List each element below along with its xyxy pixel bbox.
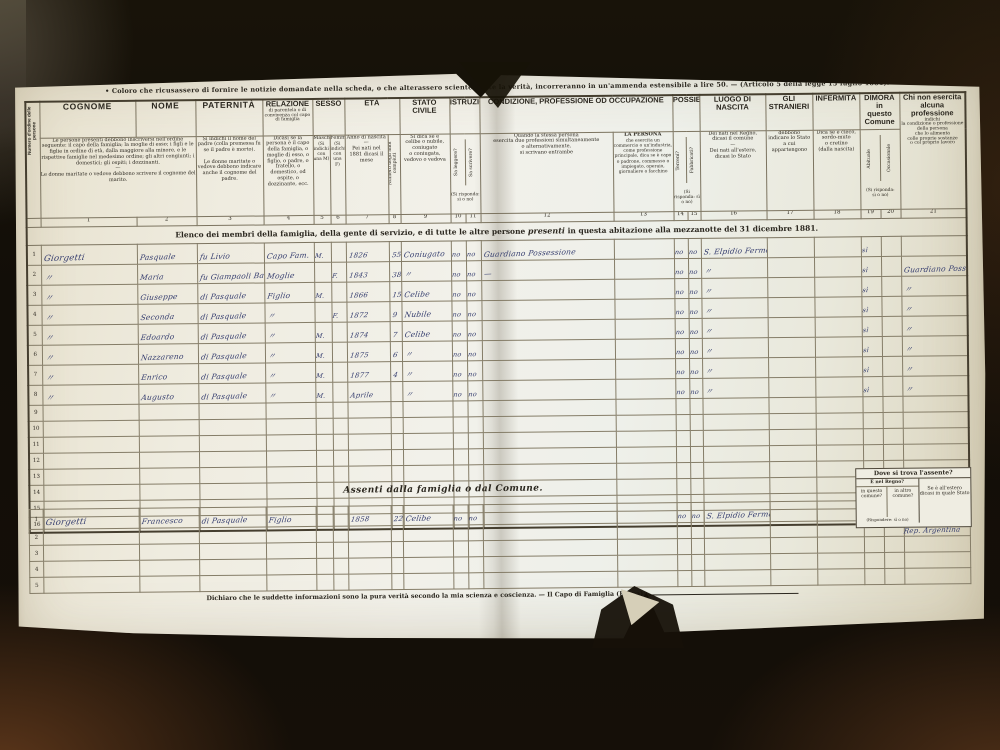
person-cell-pers <box>616 415 676 432</box>
person-cell-dima <box>863 428 883 444</box>
person-cell-relazione: 〃 <box>264 302 314 323</box>
absent-cell-nome <box>140 544 200 561</box>
person-cell-leg <box>453 465 468 481</box>
person-cell-luogo <box>703 446 769 463</box>
absent-cell-anni <box>392 542 404 558</box>
person-cell-dima: sì <box>861 276 881 296</box>
person-cell-nome <box>139 436 199 453</box>
absent-cell-posf <box>691 554 704 570</box>
person-cell-paternita: fu Livio <box>197 243 264 264</box>
person-cell-pers <box>616 431 676 448</box>
person-cell-chi: 〃 <box>901 276 967 297</box>
person-cell-post <box>676 430 690 446</box>
person-cell-inf <box>814 257 861 277</box>
person-cell-chi <box>903 444 969 461</box>
person-cell-dimo <box>882 356 902 376</box>
absent-cell-scr <box>469 525 484 541</box>
person-cell-m: M. <box>315 362 332 382</box>
person-cell-chi: 〃 <box>902 376 968 397</box>
col-possiede-header: POSSIEDE <box>672 95 699 131</box>
person-cell-dima: sì <box>861 256 881 276</box>
person-cell-post: no <box>675 358 689 378</box>
person-cell-f <box>332 382 347 402</box>
person-cell-anno: 1874 <box>347 322 390 342</box>
person-cell-chi: 〃 <box>902 356 968 377</box>
absent-cell-dima <box>864 552 884 568</box>
person-cell-luogo: 〃 <box>702 338 768 359</box>
note-istruzione: Sa leggere?Sa scrivere? (Si risponda: sì… <box>450 133 481 214</box>
person-cell-inf <box>815 377 862 397</box>
absent-cell-cognome <box>43 544 139 561</box>
person-cell-posf: no <box>688 238 701 258</box>
absent-cell-leg <box>454 557 469 573</box>
person-cell-f <box>331 242 346 262</box>
col-eta-header: ETÀ <box>344 98 399 135</box>
person-cell-inf <box>816 413 863 429</box>
person-cell-stran <box>767 257 814 277</box>
person-cell-paternita: fu Giampaoli Batta <box>197 263 264 284</box>
person-cell-scr: no <box>467 341 482 361</box>
person-cell-chi: 〃 <box>902 336 968 357</box>
person-cell-paternita: di Pasquale <box>197 303 264 324</box>
col-order-header: Numero d'ordine delle persone <box>25 102 40 219</box>
absent-cell-dimo <box>884 552 904 568</box>
absent-cell-chi <box>904 552 970 569</box>
absent-cell-cond <box>484 523 617 540</box>
person-cell-pers <box>614 299 674 320</box>
person-cell-dimo <box>881 296 901 316</box>
person-cell-anno <box>348 466 391 482</box>
absent-cell-leg: no <box>453 505 468 525</box>
absent-cell-cognome <box>44 576 140 593</box>
absent-cell-paternita <box>200 543 267 560</box>
absent-cell-anno <box>349 542 392 558</box>
person-cell-stato: 〃 <box>402 341 452 362</box>
absent-cell-post <box>677 555 691 571</box>
col-infermita-header: INFERMITÀ <box>812 93 859 129</box>
person-cell-stran <box>767 277 814 297</box>
person-cell-num: 1 <box>27 245 41 265</box>
person-cell-stran <box>767 297 814 317</box>
person-cell-post <box>675 398 689 414</box>
this-commune-label: in questo comune? <box>856 487 887 517</box>
person-cell-anno: 1872 <box>346 302 389 322</box>
person-cell-inf <box>814 237 861 257</box>
person-cell-anni: 7 <box>390 321 402 341</box>
person-cell-cond <box>482 359 615 380</box>
person-cell-stato <box>403 449 453 466</box>
person-cell-dimo <box>881 256 901 276</box>
absent-cell-dima <box>864 536 884 552</box>
person-cell-leg: no <box>451 241 466 261</box>
col-stato-header: STATO CIVILE <box>399 98 449 135</box>
person-cell-anno <box>347 402 390 418</box>
absent-cell-cognome <box>43 528 139 545</box>
person-cell-f <box>332 322 347 342</box>
person-cell-anni: 15 <box>389 281 401 301</box>
absent-cell-stran <box>770 537 817 553</box>
person-cell-dimo <box>882 336 902 356</box>
absent-cell-post <box>677 523 691 539</box>
absent-cell-nome: Francesco <box>139 508 199 529</box>
person-cell-stran <box>768 317 815 337</box>
note-cognome-nome: Le persone presenti debbono inscriversi … <box>40 136 197 218</box>
person-cell-inf <box>816 429 863 445</box>
person-cell-cognome: Giorgetti <box>41 244 137 265</box>
absent-cell-pers <box>617 571 677 588</box>
person-cell-m <box>314 262 331 282</box>
person-cell-relazione <box>266 418 316 435</box>
answer-note: (Rispondere: sì o no) <box>857 517 919 524</box>
person-cell-num: 9 <box>28 405 42 421</box>
absent-cell-anni <box>392 526 404 542</box>
absent-cell-m <box>317 574 334 590</box>
person-cell-anni <box>391 417 403 433</box>
absent-cell-anni <box>392 574 404 590</box>
absent-cell-nome <box>140 576 200 593</box>
person-cell-f <box>332 402 347 418</box>
absent-cell-stran <box>770 569 817 585</box>
person-cell-posf <box>689 398 702 414</box>
note-paternita: Si indichi il nome del padre (colla prem… <box>196 135 264 216</box>
person-cell-num: 12 <box>29 453 43 469</box>
person-cell-paternita <box>198 403 265 420</box>
person-cell-scr: no <box>466 281 481 301</box>
note-possiede: Terreni?Fabbricati? (Si risponda: sì o n… <box>673 131 701 212</box>
person-cell-luogo: 〃 <box>702 318 768 339</box>
absent-cell-nome <box>140 560 200 577</box>
col-cognome-header: COGNOME <box>39 101 135 138</box>
person-cell-nome <box>139 452 199 469</box>
absent-cell-pers <box>617 539 677 556</box>
person-cell-posf: no <box>688 258 701 278</box>
absent-cell-posf <box>691 522 704 538</box>
absent-cell-f <box>333 506 348 526</box>
person-cell-dima: sì <box>862 356 882 376</box>
person-cell-luogo: 〃 <box>701 278 767 299</box>
person-cell-f <box>332 362 347 382</box>
absent-cell-m <box>317 542 334 558</box>
person-cell-f: F. <box>331 262 346 282</box>
absent-cell-relazione <box>267 542 317 559</box>
absent-cell-m <box>316 506 333 526</box>
person-cell-inf <box>814 277 861 297</box>
person-cell-chi <box>903 412 969 429</box>
person-cell-chi: 〃 <box>901 296 967 317</box>
person-cell-cognome <box>43 420 139 437</box>
abroad-state-label: Se è all'estero dicasi in quale Stato <box>919 478 971 523</box>
person-cell-stran <box>769 413 816 429</box>
person-cell-relazione: 〃 <box>265 382 315 403</box>
note-eta-anno: Anno di nascita — Pei nati nel 1881 dica… <box>345 134 389 215</box>
person-cell-f <box>333 434 348 450</box>
person-cell-num: 5 <box>28 325 42 345</box>
person-cell-cognome: 〃 <box>42 364 138 385</box>
person-cell-post <box>676 446 690 462</box>
person-cell-posf <box>690 462 703 478</box>
person-cell-paternita: di Pasquale <box>198 383 265 404</box>
person-cell-paternita <box>199 419 266 436</box>
absent-cell-m <box>317 558 334 574</box>
signature-line <box>648 588 798 596</box>
person-cell-nome: Maria <box>137 264 197 285</box>
person-cell-luogo <box>703 414 769 431</box>
absent-cell-scr <box>469 573 484 589</box>
col-dimora-header: DIMORA in questo Comune <box>859 93 899 129</box>
person-cell-anno <box>348 434 391 450</box>
col-condizione-header: CONDIZIONE, PROFESSIONE OD OCCUPAZIONE <box>479 95 672 133</box>
person-cell-cond <box>483 431 616 448</box>
absent-cell-dima <box>865 568 885 584</box>
absent-whereabouts-box: Dove si trova l'assente? È nel Regno? in… <box>855 467 972 528</box>
person-cell-posf: no <box>689 318 702 338</box>
person-cell-paternita <box>199 467 266 484</box>
absent-cell-num: 1 <box>29 509 43 529</box>
person-cell-dimo <box>882 396 902 412</box>
person-cell-dimo <box>881 276 901 296</box>
absent-cell-post: no <box>677 503 691 523</box>
person-cell-leg: no <box>452 341 467 361</box>
person-cell-leg <box>453 433 468 449</box>
person-cell-cond <box>482 399 615 416</box>
person-cell-pers <box>615 359 675 380</box>
person-cell-nome: Nazzareno <box>138 344 198 365</box>
absent-cell-anni <box>392 558 404 574</box>
person-cell-cond <box>481 279 614 300</box>
person-cell-f <box>332 342 347 362</box>
person-cell-relazione: Moglie <box>264 262 314 283</box>
person-cell-stato: Nubile <box>401 301 451 322</box>
person-cell-nome <box>139 468 199 485</box>
person-cell-dima: sì <box>862 376 882 396</box>
absent-cell-anni: 22 <box>391 506 403 526</box>
person-cell-cognome: 〃 <box>42 324 138 345</box>
person-cell-m: M. <box>314 242 331 262</box>
absent-cell-pers <box>617 503 677 524</box>
col-istruzione-header: ISTRUZIONE <box>449 97 479 133</box>
absent-cell-num: 3 <box>29 545 43 561</box>
absent-cell-paternita: di Pasquale <box>199 507 266 528</box>
person-cell-scr: no <box>466 261 481 281</box>
person-cell-leg: no <box>451 301 466 321</box>
person-cell-leg: no <box>452 361 467 381</box>
person-cell-dimo <box>882 376 902 396</box>
person-cell-posf: no <box>689 378 702 398</box>
absent-cell-f <box>334 558 349 574</box>
person-cell-scr <box>468 417 483 433</box>
person-cell-chi: Guardiano Possess. <box>901 256 967 277</box>
person-cell-posf: no <box>688 298 701 318</box>
person-cell-inf <box>815 397 862 413</box>
person-cell-post: no <box>674 298 688 318</box>
absent-cell-inf <box>817 537 864 553</box>
person-cell-dimo <box>882 316 902 336</box>
person-cell-luogo: 〃 <box>701 258 767 279</box>
person-cell-anno: 1866 <box>346 282 389 302</box>
person-cell-post <box>676 462 690 478</box>
absent-cell-relazione: Figlio <box>266 506 316 527</box>
col-luogo-header: LUOGO DI NASCITA <box>699 94 765 131</box>
person-cell-anno <box>348 450 391 466</box>
person-cell-stran <box>768 337 815 357</box>
absent-cell-cognome <box>44 560 140 577</box>
person-cell-posf: no <box>688 278 701 298</box>
person-cell-stato <box>402 401 452 418</box>
person-cell-anni <box>390 381 402 401</box>
person-cell-m: M. <box>315 382 332 402</box>
absent-cell-relazione <box>266 526 316 543</box>
absent-cell-cond <box>483 503 616 524</box>
absent-cell-stato <box>404 557 454 574</box>
person-cell-anno: Aprile <box>347 382 390 402</box>
person-cell-m <box>316 466 333 482</box>
person-cell-num: 7 <box>28 365 42 385</box>
absent-cell-pers <box>617 523 677 540</box>
person-cell-inf <box>815 357 862 377</box>
absent-cell-posf <box>691 570 704 586</box>
person-cell-stato: Celibe <box>401 281 451 302</box>
absent-cell-scr <box>469 557 484 573</box>
absent-cell-dimo <box>884 536 904 552</box>
person-cell-pers <box>616 463 676 480</box>
person-cell-leg <box>452 401 467 417</box>
absent-cell-relazione <box>267 574 317 591</box>
person-cell-pers <box>615 399 675 416</box>
person-cell-cognome: 〃 <box>41 284 137 305</box>
person-cell-f <box>333 466 348 482</box>
person-cell-nome: Pasquale <box>137 244 197 265</box>
person-cell-m <box>316 450 333 466</box>
person-cell-anno: 1877 <box>347 362 390 382</box>
person-cell-stato <box>403 417 453 434</box>
person-cell-stran <box>768 397 815 413</box>
person-cell-m <box>316 418 333 434</box>
person-cell-num: 3 <box>27 285 41 305</box>
person-cell-cond <box>482 339 615 360</box>
person-cell-stato: 〃 <box>402 381 452 402</box>
absent-cell-stran <box>770 501 817 521</box>
absent-cell-anno: 1858 <box>348 506 391 526</box>
note-condizione-12: Quando la stessa persona esercita due pr… <box>480 132 614 214</box>
person-cell-nome <box>139 420 199 437</box>
person-cell-scr <box>468 449 483 465</box>
person-cell-relazione <box>265 402 315 419</box>
absent-cell-stato: Celibe <box>403 505 453 526</box>
person-cell-scr <box>468 465 483 481</box>
absent-cell-cond <box>484 555 617 572</box>
person-cell-chi: 〃 <box>902 316 968 337</box>
person-cell-stato: Coniugato <box>401 241 451 262</box>
absent-cell-leg <box>454 541 469 557</box>
person-cell-dima: sì <box>862 336 882 356</box>
person-cell-relazione <box>266 450 316 467</box>
person-cell-luogo <box>702 398 768 415</box>
person-cell-anno: 1875 <box>347 342 390 362</box>
person-cell-paternita: di Pasquale <box>198 343 265 364</box>
col-relazione-header: RELAZIONEdi parentela o di convivenza co… <box>262 99 312 136</box>
person-cell-scr: no <box>467 381 482 401</box>
person-cell-anni: 55 <box>389 241 401 261</box>
person-cell-scr <box>468 433 483 449</box>
absent-cell-nome <box>139 528 199 545</box>
person-cell-scr: no <box>466 241 481 261</box>
person-cell-dima: sì <box>861 236 881 256</box>
absent-cell-leg <box>454 525 469 541</box>
person-cell-relazione: 〃 <box>265 322 315 343</box>
note-relazione: Dicasi se la persona è il capo della fam… <box>263 135 314 216</box>
person-cell-anni: 9 <box>389 301 401 321</box>
person-cell-cond: — <box>481 259 614 280</box>
absent-cell-leg <box>454 573 469 589</box>
person-cell-inf <box>815 317 862 337</box>
person-cell-anno: 1826 <box>346 242 389 262</box>
person-cell-f: F. <box>331 302 346 322</box>
person-cell-paternita <box>199 435 266 452</box>
absent-cell-paternita <box>199 527 266 544</box>
absent-cell-num: 2 <box>29 529 43 545</box>
person-cell-luogo: 〃 <box>702 378 768 399</box>
person-cell-relazione: Figlio <box>264 282 314 303</box>
person-cell-post: no <box>674 278 688 298</box>
person-cell-cond <box>483 463 616 480</box>
person-cell-cognome: 〃 <box>42 344 138 365</box>
person-cell-anno: 1843 <box>346 262 389 282</box>
person-cell-cognome <box>43 436 139 453</box>
person-cell-relazione <box>266 434 316 451</box>
person-cell-posf <box>690 446 703 462</box>
absent-cell-luogo <box>704 538 770 555</box>
person-cell-inf <box>816 445 863 461</box>
absent-cell-scr: no <box>468 505 483 525</box>
person-cell-nome: Enrico <box>138 364 198 385</box>
person-cell-paternita: di Pasquale <box>198 323 265 344</box>
absent-cell-inf <box>817 569 864 585</box>
person-cell-scr: no <box>466 301 481 321</box>
person-cell-stran <box>767 237 814 257</box>
absent-cell-post <box>677 539 691 555</box>
absent-cell-post <box>677 571 691 587</box>
person-cell-luogo: 〃 <box>701 298 767 319</box>
person-cell-num: 8 <box>28 385 42 405</box>
person-cell-nome: Seconda <box>137 304 197 325</box>
person-cell-leg: no <box>451 261 466 281</box>
absent-cell-anno <box>349 574 392 590</box>
person-cell-chi <box>901 236 967 257</box>
person-cell-dimo <box>883 412 903 428</box>
person-cell-paternita: di Pasquale <box>198 363 265 384</box>
person-cell-anni <box>391 433 403 449</box>
person-cell-cond <box>483 415 616 432</box>
person-cell-cognome: 〃 <box>42 384 138 405</box>
absent-cell-dimo <box>885 568 905 584</box>
photo-of-census-sheet: { "penalty_line": "• Coloro che ricusass… <box>0 0 1000 750</box>
person-cell-leg <box>453 449 468 465</box>
note-condizione-13: LA PERSONAche esercita un commercio o un… <box>613 131 674 212</box>
absent-cell-chi <box>904 536 970 553</box>
person-cell-scr <box>467 401 482 417</box>
person-cell-stato: 〃 <box>402 361 452 382</box>
person-cell-f <box>333 450 348 466</box>
person-cell-stran <box>769 445 816 461</box>
person-cell-posf: no <box>689 338 702 358</box>
person-cell-num: 4 <box>27 305 41 325</box>
person-cell-nome <box>138 404 198 421</box>
person-cell-pers <box>614 259 674 280</box>
person-cell-leg: no <box>452 381 467 401</box>
person-cell-cognome <box>42 404 138 421</box>
col-paternita-header: PATERNITÀ <box>195 99 262 136</box>
census-table: Numero d'ordine delle persone COGNOME NO… <box>24 91 971 534</box>
